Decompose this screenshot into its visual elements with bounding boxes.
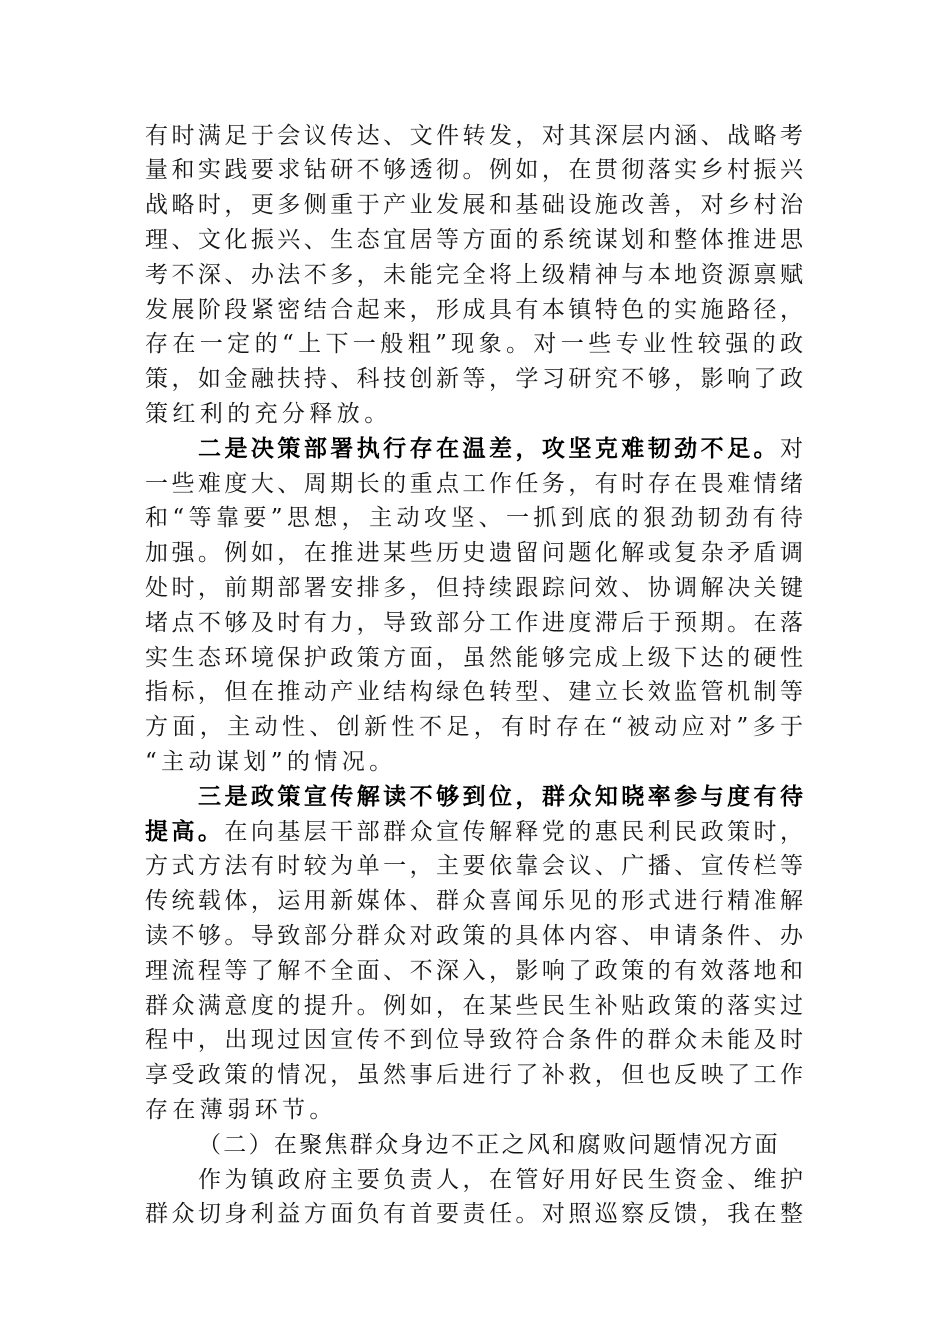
text-line: 二是决策部署执行存在温差，攻坚克难韧劲不足。对 <box>145 432 803 467</box>
text-line: 堵点不够及时有力，导致部分工作进度滞后于预期。在落 <box>145 606 803 641</box>
paragraph-lead-heading: 二是决策部署执行存在温差，攻坚克难韧劲不足。 <box>198 436 780 462</box>
text-run: 对 <box>780 436 803 462</box>
paragraph-section-intro: 作为镇政府主要负责人，在管好用好民生资金、维护 群众切身利益方面负有首要责任。对… <box>145 1163 803 1233</box>
text-line: “主动谋划”的情况。 <box>145 745 803 780</box>
text-line: 处时，前期部署安排多，但持续跟踪问效、协调解决关键 <box>145 571 803 606</box>
text-line: 有时满足于会议传达、文件转发，对其深层内涵、战略考 <box>145 119 803 154</box>
text-line: 理流程等了解不全面、不深入，影响了政策的有效落地和 <box>145 954 803 989</box>
text-line: 提高。在向基层干部群众宣传解释党的惠民利民政策时， <box>145 815 803 850</box>
text-line: 一些难度大、周期长的重点工作任务，有时存在畏难情绪 <box>145 467 803 502</box>
text-line: 群众满意度的提升。例如，在某些民生补贴政策的落实过 <box>145 989 803 1024</box>
text-line: 量和实践要求钻研不够透彻。例如，在贯彻落实乡村振兴 <box>145 153 803 188</box>
paragraph-policy-study: 有时满足于会议传达、文件转发，对其深层内涵、战略考 量和实践要求钻研不够透彻。例… <box>145 119 803 432</box>
document-body: 有时满足于会议传达、文件转发，对其深层内涵、战略考 量和实践要求钻研不够透彻。例… <box>145 119 803 1233</box>
text-line: 指标，但在推动产业结构绿色转型、建立长效监管机制等 <box>145 675 803 710</box>
section-heading-text: （二）在聚焦群众身边不正之风和腐败问题情况方面 <box>145 1128 803 1163</box>
text-run: 在向基层干部群众宣传解释党的惠民利民政策时， <box>224 819 803 845</box>
text-line: 群众切身利益方面负有首要责任。对照巡察反馈，我在整 <box>145 1197 803 1232</box>
text-line: 读不够。导致部分群众对政策的具体内容、申请条件、办 <box>145 919 803 954</box>
text-line: 存在一定的“上下一般粗”现象。对一些专业性较强的政 <box>145 327 803 362</box>
text-line: 传统载体，运用新媒体、群众喜闻乐见的形式进行精准解 <box>145 884 803 919</box>
text-line: 实生态环境保护政策方面，虽然能够完成上级下达的硬性 <box>145 641 803 676</box>
text-line: 方式方法有时较为单一，主要依靠会议、广播、宣传栏等 <box>145 849 803 884</box>
text-line: 策红利的充分释放。 <box>145 397 803 432</box>
text-line: 存在薄弱环节。 <box>145 1093 803 1128</box>
text-line: 和“等靠要”思想，主动攻坚、一抓到底的狠劲韧劲有待 <box>145 501 803 536</box>
text-line: 加强。例如，在推进某些历史遗留问题化解或复杂矛盾调 <box>145 536 803 571</box>
section-heading: （二）在聚焦群众身边不正之风和腐败问题情况方面 <box>145 1128 803 1163</box>
text-line: 发展阶段紧密结合起来，形成具有本镇特色的实施路径， <box>145 293 803 328</box>
text-line: 方面，主动性、创新性不足，有时存在“被动应对”多于 <box>145 710 803 745</box>
text-line: 考不深、办法不多，未能完全将上级精神与本地资源禀赋 <box>145 258 803 293</box>
document-page: 有时满足于会议传达、文件转发，对其深层内涵、战略考 量和实践要求钻研不够透彻。例… <box>0 0 950 1344</box>
text-line: 程中，出现过因宣传不到位导致符合条件的群众未能及时 <box>145 1023 803 1058</box>
text-line: 理、文化振兴、生态宜居等方面的系统谋划和整体推进思 <box>145 223 803 258</box>
text-line: 享受政策的情况，虽然事后进行了补救，但也反映了工作 <box>145 1058 803 1093</box>
text-line: 策，如金融扶持、科技创新等，学习研究不够，影响了政 <box>145 362 803 397</box>
text-line: 作为镇政府主要负责人，在管好用好民生资金、维护 <box>145 1163 803 1198</box>
paragraph-decision-execution: 二是决策部署执行存在温差，攻坚克难韧劲不足。对 一些难度大、周期长的重点工作任务… <box>145 432 803 780</box>
text-line: 战略时，更多侧重于产业发展和基础设施改善，对乡村治 <box>145 188 803 223</box>
text-line: 三是政策宣传解读不够到位，群众知晓率参与度有待 <box>145 780 803 815</box>
paragraph-lead-heading: 三是政策宣传解读不够到位，群众知晓率参与度有待 <box>198 784 803 810</box>
paragraph-policy-publicity: 三是政策宣传解读不够到位，群众知晓率参与度有待 提高。在向基层干部群众宣传解释党… <box>145 780 803 1128</box>
paragraph-lead-heading: 提高。 <box>145 819 224 845</box>
